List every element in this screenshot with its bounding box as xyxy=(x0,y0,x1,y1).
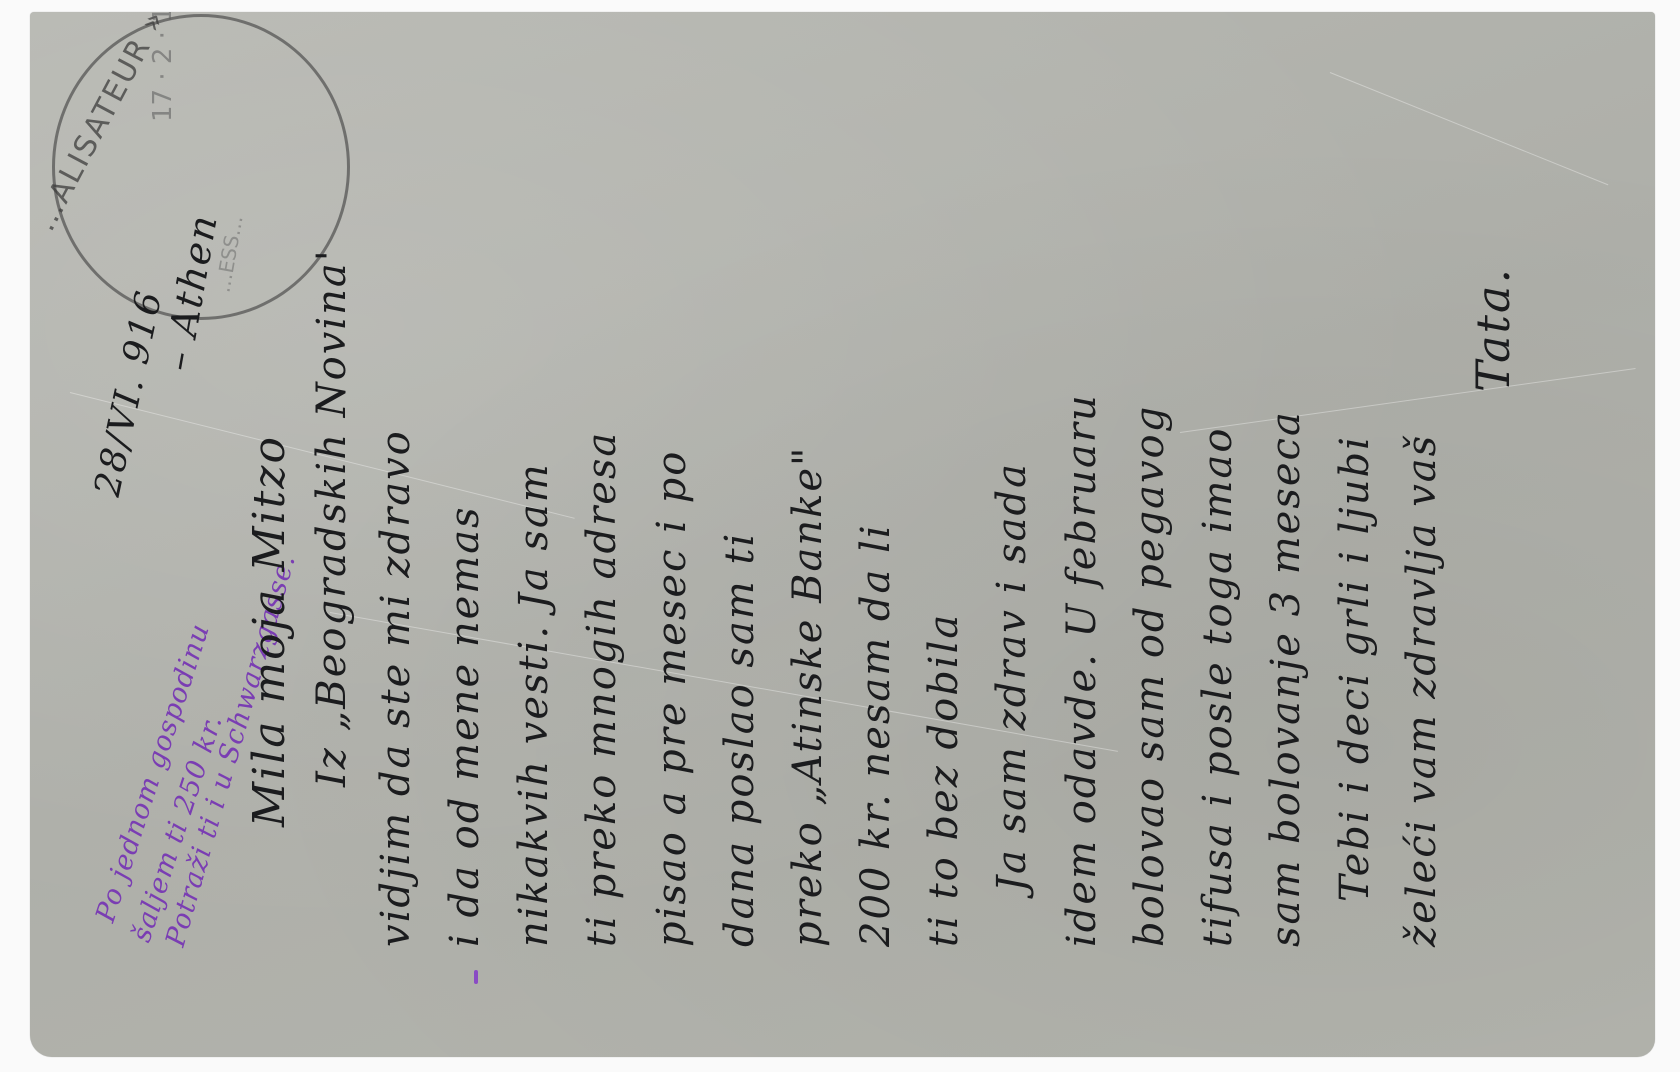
letter-line-3: i da od mene nemas xyxy=(445,505,485,947)
letter-line-1: Iz „Beogradskih Novina' xyxy=(312,248,352,787)
letter-line-14: tifusa i posle toga imao xyxy=(1198,427,1238,947)
letter-date: 28/VI. 916 xyxy=(90,287,169,500)
letter-line-11: Ja sam zdrav i sada xyxy=(992,462,1032,892)
paper-crease xyxy=(1180,368,1636,433)
letter-signature: Tata. xyxy=(1470,267,1516,392)
letter-line-7: dana poslao sam ti xyxy=(720,532,760,947)
purple-ink-mark xyxy=(474,970,478,984)
letter-line-10: ti to bez dobila xyxy=(924,613,964,947)
postmark-date: 17 · 2 · 18 xyxy=(148,12,178,122)
letter-line-17: želeći vam zdravlja vaš xyxy=(1402,434,1442,947)
letter-line-9: 200 kr. nesam da li xyxy=(856,523,896,947)
letter-line-4: nikakvih vesti. Ja sam xyxy=(514,462,554,947)
letter-line-5: ti preko mnogih adresa xyxy=(582,431,622,947)
letter-line-8: preko „Atinske Banke" xyxy=(788,446,828,947)
postcard: …ALISATEUR » 17 · 2 · 18 …ESS… Po jednom… xyxy=(30,12,1655,1057)
letter-salutation: Mila moja Mitzo xyxy=(248,435,292,827)
letter-line-12: idem odavde. U februaru xyxy=(1062,393,1102,947)
letter-line-15: sam bolovanje 3 meseca xyxy=(1266,410,1306,947)
letter-line-13: bolovao sam od pegavog xyxy=(1130,405,1170,947)
letter-line-16: Tebi i deci grli i ljubi xyxy=(1335,435,1375,902)
letter-line-2: vidjim da ste mi zdravo xyxy=(376,429,416,947)
letter-line-6: pisao a pre mesec i po xyxy=(652,450,692,947)
paper-crease xyxy=(1330,72,1609,185)
